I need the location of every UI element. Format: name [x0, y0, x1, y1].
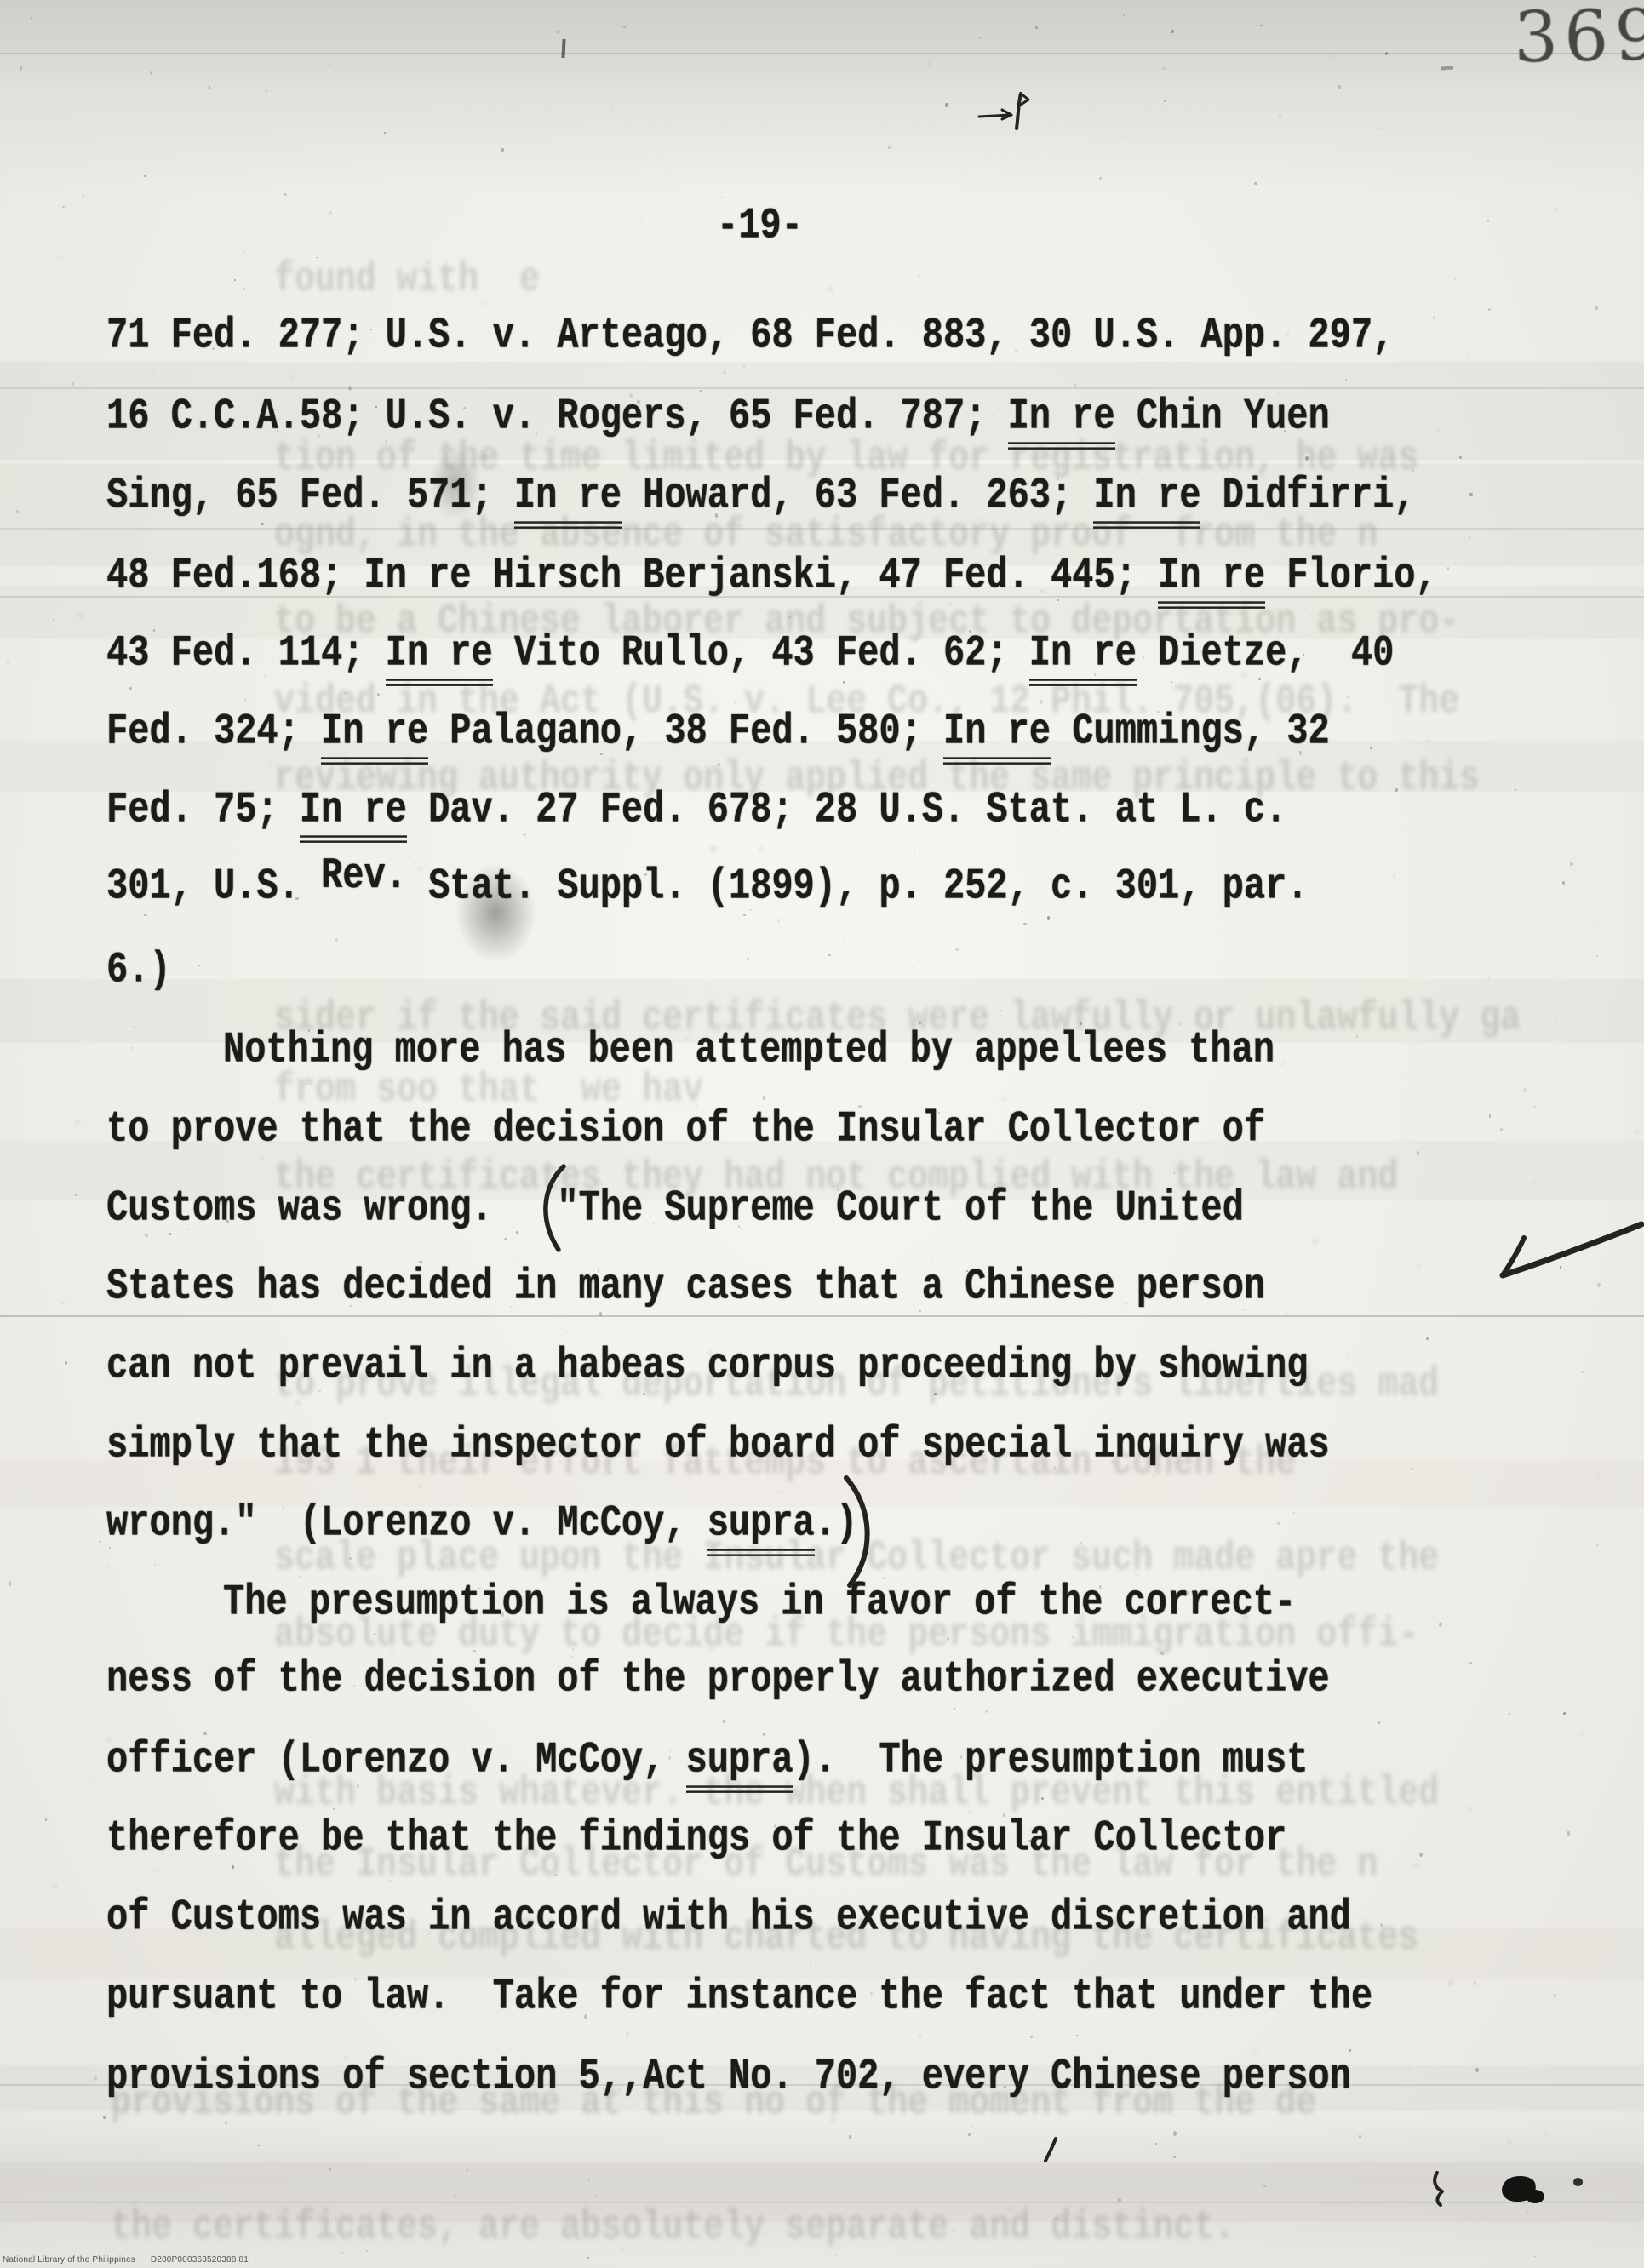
film-grain-speck [1554, 1994, 1556, 1997]
text-segment: 301, U.S. [106, 862, 321, 912]
text-segment: provisions of section 5,,Act No. 702, ev… [106, 2052, 1351, 2102]
typewritten-line: States has decided in many cases that a … [106, 1263, 1265, 1309]
film-grain-speck [828, 954, 832, 956]
film-grain-speck [1562, 881, 1566, 885]
film-grain-speck [1481, 695, 1482, 696]
typewritten-line: wrong." (Lorenzo v. McCoy, supra.) [106, 1500, 857, 1546]
film-grain-speck [232, 1865, 234, 1869]
film-grain-speck [139, 696, 140, 697]
film-grain-speck [335, 938, 338, 942]
bleed-through-line: found with e [274, 257, 540, 303]
bleed-through-line: the certificates, are absolutely separat… [111, 2205, 1234, 2251]
pen-apostrophe-mark [1042, 2135, 1061, 2164]
text-segment: officer (Lorenzo v. McCoy, [106, 1735, 686, 1785]
text-segment: 48 Fed.168; In re Hirsch Berjanski, 47 F… [106, 551, 1158, 601]
film-grain-speck [919, 2036, 921, 2038]
typewritten-line: The presumption is always in favor of th… [223, 1579, 1296, 1625]
film-grain-soft-speck [1311, 1238, 1318, 1245]
film-grain-speck [9, 1581, 12, 1585]
film-grain-speck [1428, 1440, 1429, 1442]
underlined-term: supra [686, 1735, 793, 1793]
film-grain-soft-speck [1307, 912, 1311, 916]
film-grain-speck [1137, 1525, 1141, 1527]
film-grain-speck [1426, 1337, 1429, 1340]
film-grain-speck [1469, 1662, 1472, 1664]
text-segment: Rev. [321, 853, 407, 899]
film-grain-speck [919, 960, 921, 963]
text-segment: 6.) [106, 945, 171, 995]
film-grain-speck [99, 1541, 100, 1543]
scan-line-artifact [0, 1315, 1644, 1317]
typewritten-line: simply that the inspector of board of sp… [106, 1422, 1330, 1468]
ink-blot-lobe [1526, 2190, 1544, 2203]
film-grain-speck [1286, 1313, 1287, 1314]
film-grain-speck [1280, 1064, 1281, 1066]
film-grain-speck [169, 1233, 172, 1234]
text-segment: to prove that the decision of the Insula… [106, 1104, 1265, 1154]
film-grain-speck [1596, 955, 1598, 957]
film-grain-speck [1563, 1712, 1566, 1715]
film-grain-soft-speck [759, 846, 763, 850]
text-segment: of Customs was in accord with his execut… [106, 1893, 1351, 1943]
underlined-term: In re [1158, 551, 1265, 609]
typewritten-line: can not prevail in a habeas corpus proce… [106, 1343, 1308, 1389]
scanned-document-page: 369 -19- National Library of the Philipp… [0, 0, 1644, 2268]
text-segment: therefore be that the findings of the In… [106, 1813, 1286, 1864]
text-segment: Fed. 324; [106, 707, 321, 757]
film-grain-speck [1567, 1831, 1570, 1836]
film-grain-speck [1488, 308, 1491, 311]
film-grain-speck [1439, 1622, 1442, 1627]
text-segment: Fed. 75; [106, 785, 300, 835]
film-grain-speck [504, 1238, 507, 1240]
text-segment: ness of the decision of the properly aut… [106, 1654, 1330, 1704]
film-grain-soft-speck [827, 286, 833, 292]
film-grain-speck [1076, 2035, 1078, 2037]
underlined-term: In re [1029, 628, 1137, 686]
ink-dot [1573, 2178, 1583, 2186]
film-grain-speck [1107, 277, 1108, 278]
film-grain-soft-speck [710, 845, 718, 853]
text-segment: 43 Fed. 114; [106, 628, 386, 679]
text-segment: Didfirri, [1200, 471, 1415, 521]
film-grain-speck [1580, 1732, 1583, 1735]
film-grain-soft-speck [1000, 1096, 1007, 1102]
film-grain-speck [145, 1234, 147, 1238]
film-grain-speck [566, 1332, 569, 1334]
film-grain-speck [1555, 208, 1557, 212]
text-segment: Dietze, 40 [1137, 628, 1394, 679]
underlined-term: In re [1008, 392, 1115, 450]
film-grain-speck [1570, 862, 1573, 866]
text-segment: The presumption is always in favor of th… [223, 1578, 1296, 1628]
film-grain-speck [1543, 1566, 1544, 1568]
text-segment: ). The presumption must [793, 1735, 1309, 1785]
film-grain-speck [1134, 209, 1136, 210]
typewritten-line: 16 C.C.A.58; U.S. v. Rogers, 65 Fed. 787… [106, 393, 1330, 439]
typewritten-line: ness of the decision of the properly aut… [106, 1656, 1330, 1702]
typewritten-line: Customs was wrong. "The Supreme Court of… [106, 1185, 1244, 1231]
film-grain-speck [626, 2031, 628, 2036]
typewritten-line: Nothing more has been attempted by appel… [223, 1027, 1275, 1073]
typewritten-line: Fed. 75; In re Dav. 27 Fed. 678; 28 U.S.… [106, 787, 1286, 833]
film-grain-speck [1489, 1114, 1492, 1118]
text-segment: Chin Yuen [1115, 392, 1330, 442]
typewritten-line: 48 Fed.168; In re Hirsch Berjanski, 47 F… [106, 553, 1437, 598]
film-grain-speck [1596, 1544, 1599, 1546]
film-grain-speck [1595, 306, 1598, 311]
text-segment: Dav. 27 Fed. 678; 28 U.S. Stat. at L. c. [407, 785, 1286, 835]
text-segment: Nothing more has been attempted by appel… [223, 1025, 1275, 1075]
film-grain-speck [639, 289, 640, 290]
film-grain-soft-speck [75, 1120, 81, 1125]
film-grain-speck [1393, 875, 1396, 879]
film-grain-speck [1419, 1853, 1423, 1857]
film-grain-speck [198, 965, 200, 966]
underlined-term: In re [1093, 471, 1200, 529]
film-grain-speck [641, 218, 642, 220]
film-grain-speck [743, 913, 747, 916]
film-grain-speck [244, 698, 247, 702]
film-grain-speck [45, 1818, 48, 1821]
film-grain-speck [234, 279, 237, 281]
typewritten-line: to prove that the decision of the Insula… [106, 1106, 1265, 1152]
film-grain-speck [914, 851, 915, 853]
pen-open-paren-mark [530, 1163, 572, 1253]
film-grain-speck [985, 1710, 988, 1714]
film-grain-speck [1487, 220, 1489, 222]
film-grain-speck [1509, 1713, 1510, 1714]
text-segment: 71 Fed. 277; U.S. v. Arteago, 68 Fed. 88… [106, 311, 1394, 361]
film-grain-speck [918, 275, 919, 277]
film-grain-soft-speck [1412, 1862, 1420, 1870]
film-grain-speck [243, 288, 245, 290]
typewritten-line: 6.) [106, 947, 171, 993]
underlined-term: In re [386, 628, 493, 686]
typewritten-line: Sing, 65 Fed. 571; In re Howard, 63 Fed.… [106, 472, 1416, 518]
typewritten-line: Fed. 324; In re Palagano, 38 Fed. 580; I… [106, 708, 1330, 754]
text-segment: Cummings, 32 [1051, 707, 1330, 757]
film-grain-speck [763, 1096, 766, 1100]
text-segment: pursuant to law. Take for instance the f… [106, 1972, 1372, 2022]
film-grain-speck [369, 970, 369, 971]
typewritten-line: 71 Fed. 277; U.S. v. Arteago, 68 Fed. 88… [106, 312, 1394, 358]
film-grain-speck [954, 1708, 955, 1709]
film-grain-speck [154, 1564, 155, 1566]
typewritten-line: 43 Fed. 114; In re Vito Rullo, 43 Fed. 6… [106, 630, 1394, 676]
film-grain-speck [106, 1566, 108, 1567]
film-grain-speck [1581, 1371, 1584, 1373]
film-grain-speck [1447, 567, 1449, 570]
film-grain-speck [1277, 1522, 1280, 1525]
underlined-term: In re [300, 785, 407, 843]
scan-line-artifact [0, 387, 1644, 389]
text-segment: Customs was wrong. "The Supreme Court of… [106, 1183, 1244, 1234]
text-segment: Florio, [1265, 551, 1437, 601]
underlined-term: In re [321, 707, 428, 765]
film-grain-speck [1474, 1981, 1477, 1985]
film-grain-speck [1047, 916, 1050, 920]
typewritten-line: provisions of section 5,,Act No. 702, ev… [106, 2053, 1351, 2099]
text-segment: States has decided in many cases that a … [106, 1262, 1265, 1312]
film-grain-speck [777, 919, 781, 923]
text-segment: Vito Rullo, 43 Fed. 62; [493, 628, 1029, 679]
scan-line-artifact [0, 53, 1644, 54]
underlined-term: In re [943, 707, 1051, 765]
film-grain-soft-speck [57, 254, 64, 261]
microfilm-watermark: National Library of the Philippines D280… [3, 2255, 249, 2265]
film-grain-soft-speck [1467, 1807, 1473, 1813]
film-grain-speck [1378, 1721, 1380, 1724]
film-grain-speck [129, 687, 132, 690]
film-grain-speck [747, 958, 749, 961]
film-grain-speck [843, 940, 845, 942]
film-grain-speck [61, 1302, 64, 1304]
film-grain-speck [1533, 1106, 1536, 1108]
film-grain-speck [1347, 1356, 1348, 1357]
typewritten-line: therefore be that the findings of the In… [106, 1815, 1286, 1861]
film-grain-speck [1293, 1512, 1295, 1514]
film-grain-speck [931, 1257, 932, 1257]
film-grain-speck [955, 948, 958, 951]
text-segment: can not prevail in a habeas corpus proce… [106, 1341, 1308, 1391]
film-grain-speck [1468, 354, 1469, 355]
film-grain-speck [93, 1778, 95, 1780]
text-segment: Palagano, 38 Fed. 580; [428, 707, 943, 757]
film-grain-speck [1433, 316, 1435, 319]
underlined-term: In re [514, 471, 622, 529]
film-grain-speck [1455, 279, 1457, 281]
film-grain-speck [131, 1047, 133, 1049]
film-grain-speck [1374, 1062, 1375, 1063]
film-grain-speck [1023, 923, 1027, 925]
film-grain-speck [354, 960, 355, 962]
film-grain-speck [1527, 221, 1529, 223]
film-grain-speck [144, 913, 147, 916]
film-grain-speck [7, 661, 8, 663]
film-grain-soft-speck [52, 1883, 58, 1889]
film-grain-speck [154, 1870, 156, 1872]
ink-squiggle-mark [1429, 2169, 1458, 2208]
film-grain-soft-speck [1282, 1060, 1288, 1066]
pen-close-paren-mark [839, 1475, 885, 1589]
page-number-label: -19- [717, 203, 803, 249]
film-grain-speck [1523, 1088, 1527, 1092]
scan-line-artifact [0, 2202, 1644, 2203]
text-segment: 16 C.C.A.58; U.S. v. Rogers, 65 Fed. 787… [106, 392, 1008, 442]
film-grain-speck [65, 1361, 67, 1365]
film-grain-speck [1500, 1128, 1503, 1131]
film-grain-speck [1030, 2036, 1034, 2038]
margin-check-arrow-mark [1395, 1182, 1644, 1303]
typewritten-line: pursuant to law. Take for instance the f… [106, 1973, 1372, 2019]
film-grain-speck [1455, 822, 1457, 823]
film-grain-speck [723, 1720, 725, 1722]
text-segment: Sing, 65 Fed. 571; [106, 471, 514, 521]
typewritten-line: 301, U.S. Rev. Stat. Suppl. (1899), p. 2… [106, 863, 1308, 909]
text-segment: simply that the inspector of board of sp… [106, 1420, 1330, 1470]
pen-arrow-flag-mark [976, 90, 1039, 131]
film-grain-speck [213, 922, 214, 924]
film-grain-soft-speck [1635, 1129, 1640, 1134]
film-grain-speck [62, 206, 64, 208]
film-grain-speck [243, 252, 244, 254]
text-segment: wrong." (Lorenzo v. McCoy, [106, 1498, 707, 1549]
folio-number-stamp: 369 [1513, 0, 1644, 79]
typewritten-line: of Customs was in accord with his execut… [106, 1894, 1351, 1940]
film-grain-speck [329, 211, 332, 215]
film-grain-soft-speck [1447, 1979, 1454, 1986]
scan-top-shading [0, 0, 1644, 200]
text-segment: Stat. Suppl. (1899), p. 252, c. 301, par… [407, 862, 1309, 912]
film-grain-speck [1598, 923, 1599, 924]
typewritten-line: officer (Lorenzo v. McCoy, supra). The p… [106, 1737, 1308, 1783]
underlined-term: supra [707, 1498, 815, 1556]
text-segment: Howard, 63 Fed. 263; [622, 471, 1094, 521]
